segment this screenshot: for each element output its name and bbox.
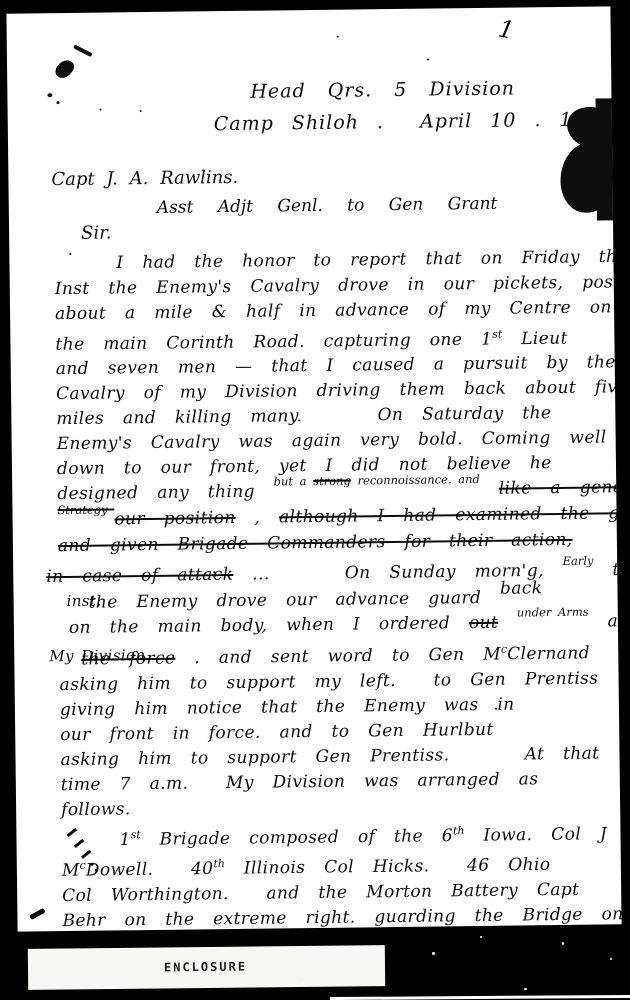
- scan-noise-dot: [495, 708, 497, 710]
- margin-dash: [29, 908, 45, 920]
- handwriting-text: [498, 613, 517, 633]
- letterhead-date-line: Camp Shiloh . April 10 . 1862: [214, 108, 612, 135]
- handwriting-text: Illinois Col Hicks. 46 Ohio: [225, 855, 551, 879]
- scan-edge-sliver: [330, 995, 630, 1000]
- handwriting-text: . and sent word to Gen M: [175, 644, 501, 668]
- ink-blot: [52, 57, 76, 82]
- handwriting-text: Dowell. 40: [86, 859, 214, 881]
- page-number: 1: [496, 14, 516, 44]
- handwriting-text: Inst the Enemy's Cavalry drove in our pi…: [55, 272, 622, 299]
- inserted-text: reconnoissance. and: [351, 472, 480, 488]
- struck-text: like a general attack and: [499, 476, 622, 499]
- scan-noise-dot: [337, 36, 339, 38]
- handwriting-text: asking him to support Gen Prentiss. At t…: [60, 743, 599, 770]
- handwriting-text: [480, 479, 499, 499]
- handwriting-text: about a mile & half in advance of my Cen…: [55, 297, 612, 324]
- margin-note: My Division: [27, 643, 146, 669]
- handwriting-text: and seven men — that I caused a pursuit …: [56, 353, 616, 380]
- ink-speck: [56, 101, 59, 104]
- scanned-letter-page: 1 Head Qrs. 5 Division Camp Shiloh . Apr…: [0, 0, 630, 1000]
- struck-text: out: [469, 613, 498, 633]
- handwriting-text: follows.: [61, 799, 131, 820]
- handwriting-text: miles and killing many. On Saturday the: [56, 403, 551, 429]
- struck-text: in case of attack: [46, 565, 233, 587]
- handwriting-text: M: [62, 861, 80, 881]
- superscript-text: th: [213, 857, 225, 870]
- handwriting-text: time 7 a.m. My Division was arranged as: [61, 769, 539, 795]
- scan-scratch: [432, 952, 435, 955]
- scan-scratch: [480, 936, 482, 938]
- struck-text: and given Brigade Commanders for their a…: [58, 530, 573, 556]
- handwriting-text: Brigade composed of the 6: [141, 826, 454, 850]
- handwriting-text: Col Worthington. and the Morton Battery …: [62, 880, 579, 906]
- superscript-text: st: [131, 828, 141, 841]
- handwriting-text: 1: [119, 830, 130, 850]
- margin-dot: [95, 869, 98, 872]
- scan-noise-dot: [100, 109, 102, 111]
- scan-noise-dot: [69, 253, 71, 255]
- handwriting-text: all: [589, 611, 622, 631]
- handwriting-text: the 6: [593, 560, 621, 581]
- enclosure-stamp: ENCLOSURE: [28, 945, 385, 990]
- salutation: Sir.: [81, 222, 112, 243]
- scan-noise-dot: [140, 110, 142, 112]
- ink-stroke: [73, 44, 93, 57]
- handwriting-text: Clernand: [507, 643, 590, 664]
- struck-text: strong: [313, 474, 351, 488]
- superscript-text: st: [492, 327, 502, 340]
- handwriting-text: asking him to support my left. to Gen Pr…: [59, 668, 598, 695]
- superscript-text: th: [453, 824, 465, 837]
- handwriting-text: the main Corinth Road. capturing one 1: [55, 329, 492, 354]
- struck-text: our position: [114, 508, 235, 529]
- scan-noise-dot: [213, 571, 215, 573]
- handwriting-text: designed any thing: [57, 482, 274, 505]
- margin-dot: [90, 863, 94, 866]
- scan-noise-dot: [529, 257, 531, 259]
- scan-scratch: [562, 942, 564, 945]
- handwriting-text: the Enemy drove our advance guard: [88, 588, 500, 613]
- letter-body: I had the honor to report that on Friday…: [54, 239, 611, 931]
- address-title-line: Asst Adjt Genl. to Gen Grant: [157, 194, 498, 218]
- handwriting-text: Enemy's Cavalry was again very bold. Com…: [57, 428, 607, 455]
- scan-scratch: [524, 988, 527, 990]
- scan-scratch: [302, 982, 304, 984]
- scan-noise-dot: [427, 59, 429, 61]
- struck-text: although I had examined the ground: [279, 503, 622, 528]
- margin-note: inst,: [36, 589, 101, 615]
- inserted-text: but a: [274, 474, 314, 488]
- handwriting-text: Behr on the extreme right. guarding the …: [62, 904, 621, 931]
- handwriting-text: I had the honor to report that on Friday…: [116, 246, 621, 273]
- paper-sheet: 1 Head Qrs. 5 Division Camp Shiloh . Apr…: [6, 6, 621, 931]
- ink-speck: [47, 93, 52, 97]
- raised-text: back: [500, 578, 543, 599]
- handwriting-text: Iowa. Col J A: [464, 823, 621, 845]
- tape-blob: [595, 98, 618, 220]
- inserted-text: under Arms: [517, 605, 589, 620]
- handwriting-text: on the main body, when I ordered: [69, 613, 469, 638]
- handwriting-text: Lieut: [502, 328, 568, 349]
- handwriting-text: ,: [236, 508, 280, 529]
- scan-scratch: [610, 958, 612, 960]
- handwriting-text: Cavalry of my Division driving them back…: [56, 377, 622, 404]
- handwriting-text: our front in force. and to Gen Hurlbut: [60, 719, 494, 744]
- letterhead-unit-line: Head Qrs. 5 Division: [250, 78, 515, 103]
- struck-text: Strategy: [57, 503, 114, 518]
- handwriting-text: giving him notice that the Enemy was in: [60, 694, 515, 720]
- address-recipient-line: Capt J. A. Rawlins.: [51, 167, 238, 190]
- enclosure-label: ENCLOSURE: [28, 945, 385, 990]
- inserted-text: Early: [562, 554, 593, 568]
